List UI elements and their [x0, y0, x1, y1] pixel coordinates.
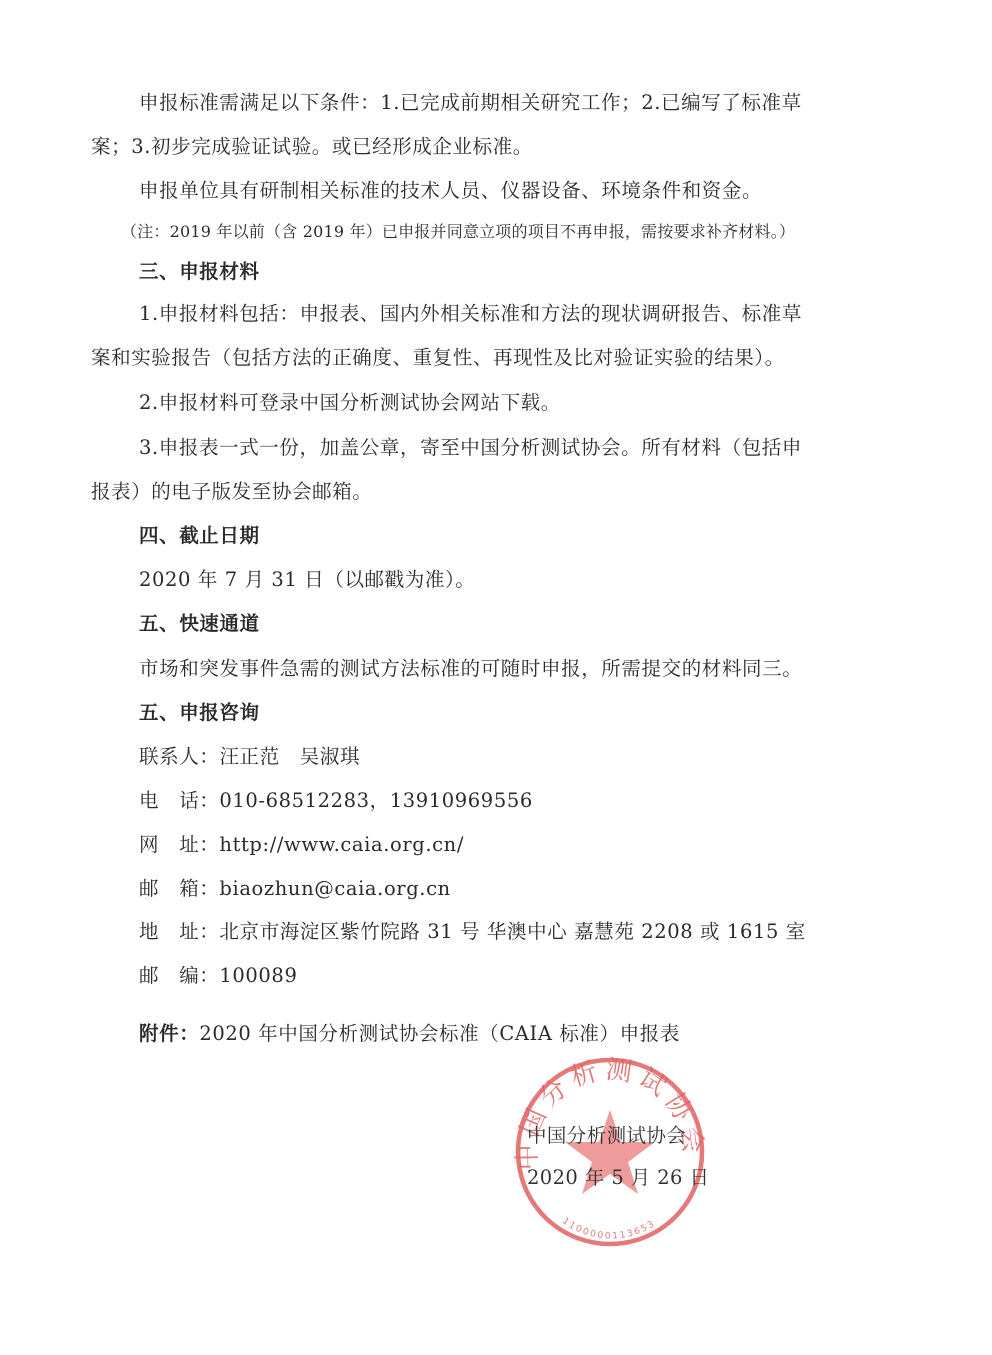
unit-requirements: 申报单位具有研制相关标准的技术人员、仪器设备、环境条件和资金。 [139, 177, 762, 205]
signature-date: 2020 年 5 月 26 日 [527, 1164, 709, 1192]
phone-row: 电 话：010-68512283，13910969556 [139, 787, 533, 815]
conditions-line-1: 申报标准需满足以下条件：1.已完成前期相关研究工作；2.已编写了标准草 [139, 89, 802, 117]
phone-value: 010-68512283，13910969556 [219, 789, 532, 812]
section-3-item-2: 2.申报材料可登录中国分析测试协会网站下载。 [139, 389, 561, 417]
section-3-item-3-line-1: 3.申报表一式一份，加盖公章，寄至中国分析测试协会。所有材料（包括申 [139, 434, 802, 462]
website-row: 网 址：http://www.caia.org.cn/ [139, 831, 464, 859]
address-label: 地 址： [139, 920, 219, 943]
note-text: （注：2019 年以前（含 2019 年）已申报并同意立项的项目不再申报，需按要… [121, 218, 795, 246]
conditions-line-2: 案；3.初步完成验证试验。或已经形成企业标准。 [91, 133, 533, 161]
contacts-row: 联系人：汪正范 吴淑琪 [139, 743, 360, 771]
deadline-text: 2020 年 7 月 31 日（以邮戳为准）。 [139, 566, 475, 594]
website-link[interactable]: http://www.caia.org.cn/ [219, 833, 464, 856]
section-3-heading: 三、申报材料 [139, 258, 260, 286]
website-label: 网 址： [139, 833, 219, 856]
email-label: 邮 箱： [139, 877, 219, 900]
section-3-item-1-line-2: 案和实验报告（包括方法的正确度、重复性、再现性及比对验证实验的结果）。 [91, 344, 785, 372]
signature-organization: 中国分析测试协会 [527, 1122, 686, 1150]
contacts-value: 汪正范 吴淑琪 [219, 745, 360, 768]
postcode-row: 邮 编：100089 [139, 962, 297, 990]
phone-label: 电 话： [139, 789, 219, 812]
address-value: 北京市海淀区紫竹院路 31 号 华澳中心 嘉慧苑 2208 或 1615 室 [219, 920, 805, 943]
email-row: 邮 箱：biaozhun@caia.org.cn [139, 875, 451, 903]
contacts-label: 联系人： [139, 745, 219, 768]
postcode-label: 邮 编： [139, 964, 219, 987]
attachment-row: 附件：2020 年中国分析测试协会标准（CAIA 标准）申报表 [139, 1020, 680, 1048]
fast-track-text: 市场和突发事件急需的测试方法标准的可随时申报，所需提交的材料同三。 [139, 655, 802, 683]
document-page: 申报标准需满足以下条件：1.已完成前期相关研究工作；2.已编写了标准草 案；3.… [0, 0, 992, 1355]
attachment-label: 附件： [139, 1022, 199, 1045]
section-5-fast-track-heading: 五、快速通道 [139, 610, 260, 638]
attachment-value: 2020 年中国分析测试协会标准（CAIA 标准）申报表 [199, 1022, 680, 1045]
section-5-inquiry-heading: 五、申报咨询 [139, 699, 260, 727]
postcode-value: 100089 [219, 964, 297, 987]
section-3-item-1-line-1: 1.申报材料包括：申报表、国内外相关标准和方法的现状调研报告、标准草 [139, 300, 802, 328]
section-3-item-3-line-2: 报表）的电子版发至协会邮箱。 [91, 478, 372, 506]
official-seal-icon: 中国分析测试协会 1100000113653 [510, 1052, 710, 1252]
section-4-heading: 四、截止日期 [139, 522, 260, 550]
address-row: 地 址：北京市海淀区紫竹院路 31 号 华澳中心 嘉慧苑 2208 或 1615… [139, 918, 806, 946]
email-link[interactable]: biaozhun@caia.org.cn [219, 877, 450, 900]
